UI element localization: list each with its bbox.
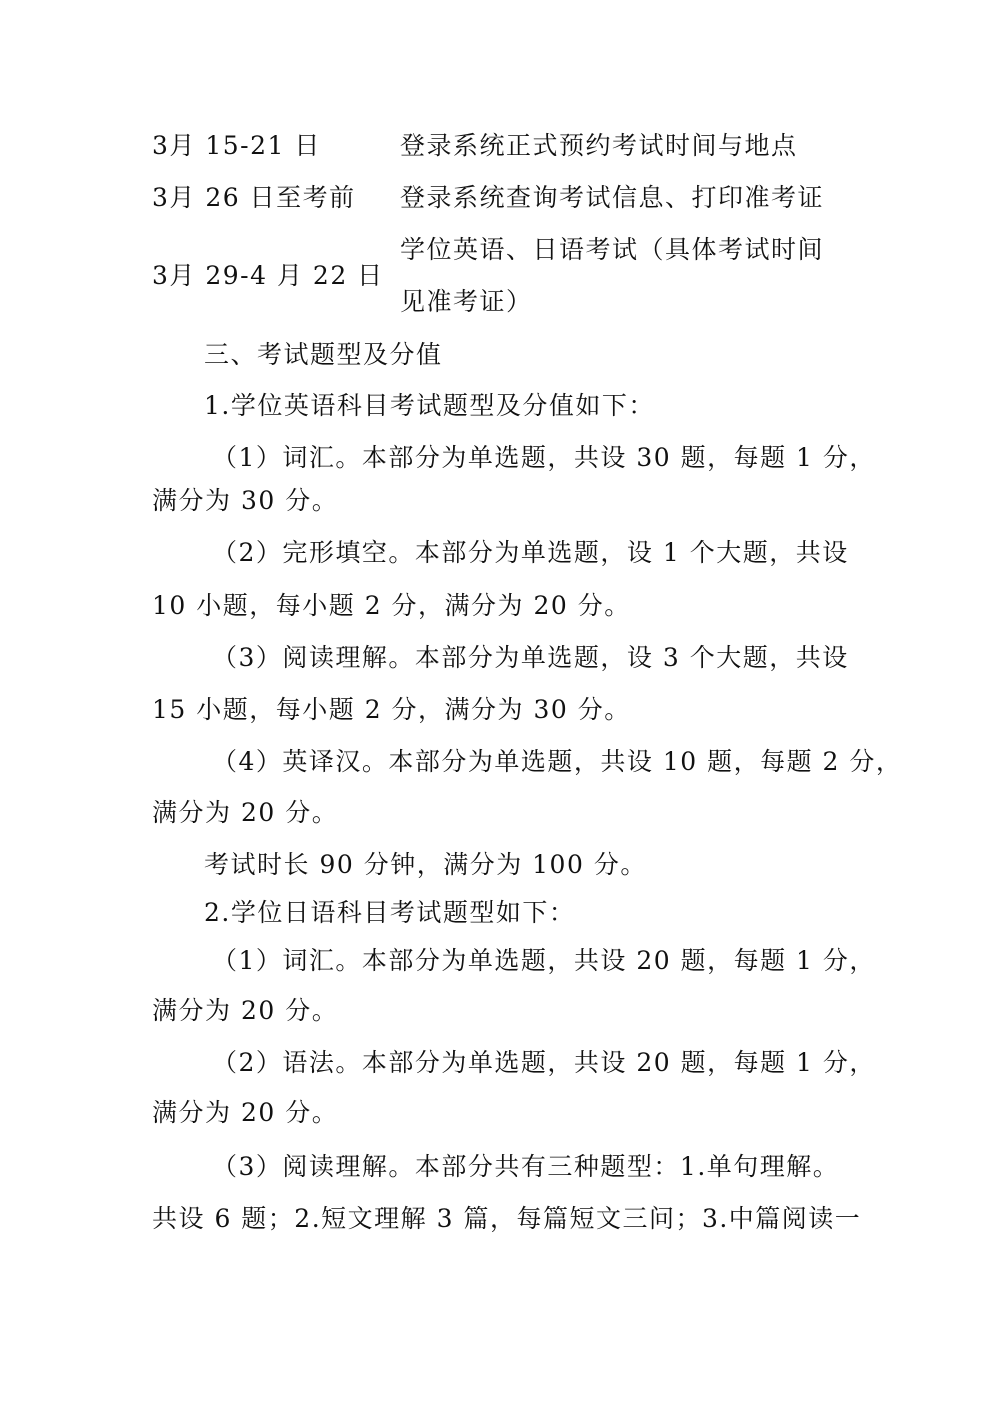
paragraph-line: （3）阅读理解。本部分共有三种题型：1.单句理解。 — [212, 1152, 839, 1182]
paragraph-line: （2）完形填空。本部分为单选题，设 1 个大题，共设 — [212, 538, 849, 568]
paragraph-line: 满分为 20 分。 — [152, 798, 842, 828]
paragraph-line: （2）语法。本部分为单选题，共设 20 题，每题 1 分， — [212, 1048, 876, 1078]
schedule-activity-cont: 见准考证） — [400, 287, 533, 317]
schedule-activity: 登录系统查询考试信息、打印准考证 — [400, 183, 824, 213]
paragraph-line: （4）英译汉。本部分为单选题，共设 10 题，每题 2 分， — [212, 747, 902, 777]
paragraph-line: 15 小题，每小题 2 分，满分为 30 分。 — [152, 695, 842, 725]
paragraph-line: （1）词汇。本部分为单选题，共设 30 题，每题 1 分， — [212, 443, 876, 473]
paragraph-line: 10 小题，每小题 2 分，满分为 20 分。 — [152, 591, 842, 621]
subsection-title-english: 1.学位英语科目考试题型及分值如下： — [204, 391, 655, 421]
schedule-date: 3月 15-21 日 — [152, 131, 321, 161]
paragraph-line: 共设 6 题；2.短文理解 3 篇，每篇短文三问；3.中篇阅读一 — [152, 1204, 842, 1234]
document-page: 3月 15-21 日 登录系统正式预约考试时间与地点 3月 26 日至考前 登录… — [0, 0, 992, 1403]
schedule-date: 3月 26 日至考前 — [152, 183, 356, 213]
paragraph-line: 满分为 20 分。 — [152, 1098, 842, 1128]
english-exam-summary: 考试时长 90 分钟，满分为 100 分。 — [204, 850, 647, 880]
paragraph-line: （1）词汇。本部分为单选题，共设 20 题，每题 1 分， — [212, 946, 876, 976]
subsection-title-japanese: 2.学位日语科目考试题型如下： — [204, 898, 575, 928]
schedule-date: 3月 29-4 月 22 日 — [152, 261, 384, 291]
paragraph-line: （3）阅读理解。本部分为单选题，设 3 个大题，共设 — [212, 643, 849, 673]
schedule-activity: 学位英语、日语考试（具体考试时间 — [400, 235, 824, 265]
schedule-activity: 登录系统正式预约考试时间与地点 — [400, 131, 798, 161]
section-heading: 三、考试题型及分值 — [204, 340, 443, 370]
paragraph-line: 满分为 30 分。 — [152, 486, 842, 516]
paragraph-line: 满分为 20 分。 — [152, 996, 842, 1026]
